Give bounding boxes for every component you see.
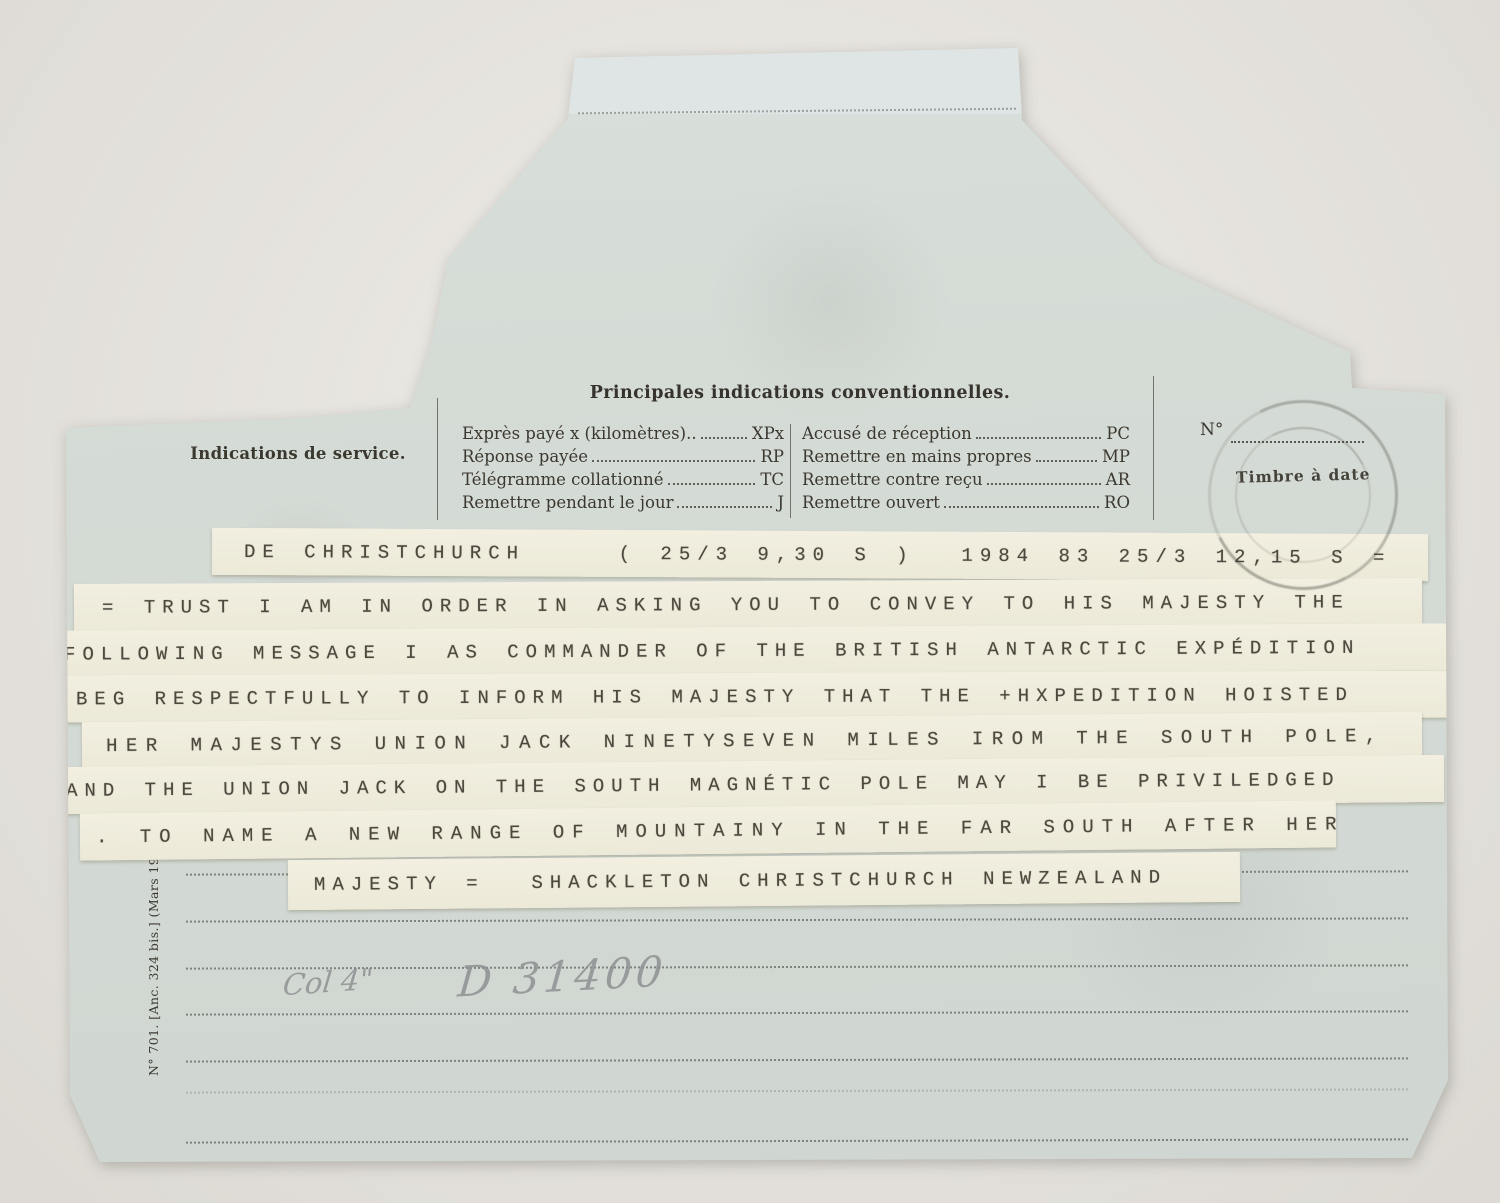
row-leader — [668, 483, 756, 485]
service-label: Indications de service. — [188, 444, 408, 463]
strip-text: HER MAJESTYS UNION JACK NINETYSEVEN MILE… — [82, 725, 1385, 757]
indication-row: Accusé de réception PC — [802, 424, 1130, 447]
row-label: Exprès payé x (kilomètres).. — [462, 424, 697, 443]
row-leader — [1036, 460, 1097, 462]
indication-row: Remettre en mains propres MP — [802, 447, 1130, 470]
row-code: AR — [1106, 470, 1130, 489]
form-number-sidebar: N° 701. [Anc. 324 bis.] (Mars 1907) — [146, 856, 168, 1076]
ruled-line — [186, 1010, 1408, 1015]
message-strip-3: FOLLOWING MESSAGE I AS COMMANDER OF THE … — [52, 623, 1452, 677]
row-leader — [677, 506, 772, 508]
strip-text: FOLLOWING MESSAGE I AS COMMANDER OF THE … — [52, 636, 1360, 665]
row-label: Remettre contre reçu — [802, 470, 983, 489]
row-leader — [976, 437, 1102, 439]
header-title: Principales indications conventionnelles… — [450, 383, 1150, 403]
strip-text: BEG RESPECTFULLY TO INFORM HIS MAJESTY T… — [58, 683, 1354, 710]
indication-row: Réponse payée RP — [462, 447, 784, 470]
row-code: RO — [1104, 493, 1130, 512]
row-code: XPx — [752, 424, 784, 443]
row-code: TC — [760, 470, 784, 489]
pencil-note: Col 4" — [281, 962, 374, 1003]
pencil-reference: D 31400 — [456, 946, 669, 1006]
header-column-divider — [790, 424, 791, 518]
indication-row: Remettre pendant le jour J — [462, 493, 784, 516]
strip-text: . TO NAME A NEW RANGE OF MOUNTAINY IN TH… — [80, 813, 1345, 848]
ruled-line — [186, 917, 1408, 922]
strip-text: MAJESTY = SHACKLETON CHRISTCHURCH NEWZEA… — [288, 866, 1167, 896]
number-label: N° — [1200, 420, 1223, 440]
ruled-line — [186, 1088, 1408, 1093]
row-label: Remettre en mains propres — [802, 447, 1032, 466]
row-label: Réponse payée — [462, 447, 588, 466]
indication-row: Exprès payé x (kilomètres).. XPx — [462, 424, 784, 447]
row-code: MP — [1102, 447, 1130, 466]
indication-row: Remettre ouvert RO — [802, 493, 1130, 516]
strip-text: = TRUST I AM IN ORDER IN ASKING YOU TO C… — [74, 591, 1350, 619]
message-strip-8: MAJESTY = SHACKLETON CHRISTCHURCH NEWZEA… — [288, 852, 1240, 910]
paper-top-tab — [555, 40, 1035, 114]
header-right-rule — [1153, 376, 1154, 520]
row-label: Télégramme collationné — [462, 470, 664, 489]
indication-row: Télégramme collationné TC — [462, 470, 784, 493]
indication-row: Remettre contre reçu AR — [802, 470, 1130, 493]
scan-backdrop: { "document": { "header": { "title": "Pr… — [0, 0, 1500, 1203]
row-leader — [592, 460, 755, 462]
strip-text: DE CHRISTCHURCH ( 25/3 9,30 S ) 1984 83 … — [212, 540, 1391, 568]
row-label: Remettre pendant le jour — [462, 493, 673, 512]
telegram-paper: Principales indications conventionnelles… — [0, 0, 1500, 1203]
row-leader — [987, 483, 1101, 485]
header-left-rule — [437, 398, 438, 520]
ruled-line — [186, 1057, 1408, 1062]
row-code: PC — [1106, 424, 1130, 443]
strip-text: AND THE UNION JACK ON THE SOUTH MAGNÉTIC… — [52, 768, 1341, 801]
row-code: RP — [760, 447, 784, 466]
row-label: Remettre ouvert — [802, 493, 940, 512]
row-leader — [701, 437, 747, 439]
ruled-line — [186, 1138, 1408, 1143]
row-label: Accusé de réception — [802, 424, 972, 443]
telegram-paper-wrap: Principales indications conventionnelles… — [0, 0, 1500, 1203]
message-strip-2: = TRUST I AM IN ORDER IN ASKING YOU TO C… — [74, 578, 1422, 631]
row-code: J — [777, 493, 784, 512]
row-leader — [944, 506, 1099, 508]
